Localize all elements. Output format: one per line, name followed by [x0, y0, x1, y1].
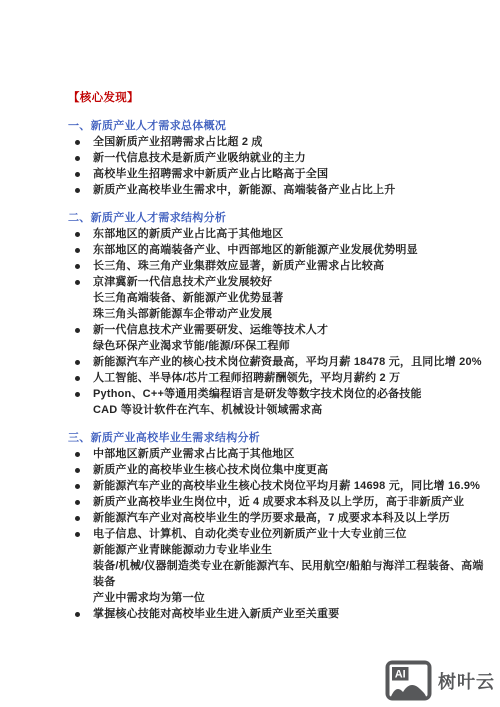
list-item-text: 新质产业高校毕业生需求中，新能源、高端装备产业占比上升	[93, 184, 395, 196]
list-item-text: 新质产业高校毕业生岗位中，近 4 成要求本科及以上学历，高于非新质产业	[93, 496, 464, 508]
list-item-text: 全国新质产业招聘需求占比超 2 成	[93, 136, 263, 148]
list-item-text: 高校毕业生招聘需求中新质产业占比略高于全国	[93, 168, 328, 180]
list-item: 新质产业的高校毕业生核心技术岗位集中度更高	[68, 462, 492, 478]
list-item-continuation: 珠三角头部新能源车企带动产业发展	[68, 306, 492, 322]
bullet-icon	[75, 500, 80, 505]
section: 一、新质产业人才需求总体概况全国新质产业招聘需求占比超 2 成新一代信息技术是新…	[68, 118, 492, 198]
list-item-text: 东部地区的新质产业占比高于其他地区	[93, 228, 283, 240]
ai-image-logo-icon: AI	[385, 660, 432, 701]
list-item: 京津冀新一代信息技术产业发展较好	[68, 274, 492, 290]
list-item-text: 掌握核心技能对高校毕业生进入新质产业至关重要	[93, 608, 339, 620]
list-item: 新一代信息技术产业需要研发、运维等技术人才	[68, 322, 492, 338]
list-item-continuation: 绿色环保产业渴求节能/能源/环保工程师	[68, 338, 492, 354]
brand-name: 树叶云	[438, 668, 495, 694]
section-heading: 一、新质产业人才需求总体概况	[68, 118, 492, 134]
list-item: 东部地区的高端装备产业、中西部地区的新能源产业发展优势明显	[68, 242, 492, 258]
section-heading: 二、新质产业人才需求结构分析	[68, 210, 492, 226]
list-item: 掌握核心技能对高校毕业生进入新质产业至关重要	[68, 606, 492, 622]
bullet-icon	[75, 188, 80, 193]
list-item: 长三角、珠三角产业集群效应显著，新质产业需求占比较高	[68, 258, 492, 274]
list-item: 新一代信息技术是新质产业吸纳就业的主力	[68, 150, 492, 166]
bullet-icon	[75, 452, 80, 457]
bullet-icon	[75, 280, 80, 285]
section: 三、新质产业高校毕业生需求结构分析中部地区新质产业需求占比高于其他地区新质产业的…	[68, 430, 492, 622]
list-item-continuation: CAD 等设计软件在汽车、机械设计领域需求高	[68, 402, 492, 418]
list-item-text: 长三角高端装备、新能源产业优势显著	[93, 292, 283, 304]
bullet-icon	[75, 156, 80, 161]
bullet-icon	[75, 232, 80, 237]
list-item: 人工智能、半导体/芯片工程师招聘薪酬领先，平均月薪约 2 万	[68, 370, 492, 386]
list-item-text: 东部地区的高端装备产业、中西部地区的新能源产业发展优势明显	[93, 244, 418, 256]
bullet-icon	[75, 360, 80, 365]
list-item-text: 珠三角头部新能源车企带动产业发展	[93, 308, 272, 320]
list-item-text: 新能源产业青睐能源动力专业毕业生	[93, 544, 272, 556]
list-item: 新质产业高校毕业生需求中，新能源、高端装备产业占比上升	[68, 182, 492, 198]
bullet-icon	[75, 392, 80, 397]
bullet-icon	[75, 172, 80, 177]
list-item: 新质产业高校毕业生岗位中，近 4 成要求本科及以上学历，高于非新质产业	[68, 494, 492, 510]
list-item-continuation: 长三角高端装备、新能源产业优势显著	[68, 290, 492, 306]
section: 二、新质产业人才需求结构分析东部地区的新质产业占比高于其他地区东部地区的高端装备…	[68, 210, 492, 418]
bullet-icon	[75, 484, 80, 489]
section-heading: 三、新质产业高校毕业生需求结构分析	[68, 430, 492, 446]
list-item-text: 新能源汽车产业对高校毕业生的学历要求最高，7 成要求本科及以上学历	[93, 512, 450, 524]
bullet-icon	[75, 248, 80, 253]
list-item-continuation: 产业中需求均为第一位	[68, 590, 492, 606]
bullet-icon	[75, 612, 80, 617]
list-item: 电子信息、计算机、自动化类专业位列新质产业十大专业前三位	[68, 526, 492, 542]
list-item-text: 中部地区新质产业需求占比高于其他地区	[93, 448, 295, 460]
list-item: 全国新质产业招聘需求占比超 2 成	[68, 134, 492, 150]
list-item-continuation: 装备/机械/仪器制造类专业在新能源汽车、民用航空/船舶与海洋工程装备、高端装备	[68, 558, 492, 590]
bullet-icon	[75, 516, 80, 521]
list-item-text: 新能源汽车产业的核心技术岗位薪资最高，平均月薪 18478 元，且同比增 20%	[93, 356, 482, 368]
list-item-text: 产业中需求均为第一位	[93, 592, 205, 604]
list-item: 新能源汽车产业的核心技术岗位薪资最高，平均月薪 18478 元，且同比增 20%	[68, 354, 492, 370]
list-item: 中部地区新质产业需求占比高于其他地区	[68, 446, 492, 462]
list-item-text: 新能源汽车产业的高校毕业生核心技术岗位平均月薪 14698 元，同比增 16.9…	[93, 480, 480, 492]
list-item-text: Python、C++等通用类编程语言是研发等数字技术岗位的必备技能	[93, 388, 422, 400]
list-item-text: 新质产业的高校毕业生核心技术岗位集中度更高	[93, 464, 328, 476]
sections: 一、新质产业人才需求总体概况全国新质产业招聘需求占比超 2 成新一代信息技术是新…	[68, 118, 492, 622]
list-item-text: 京津冀新一代信息技术产业发展较好	[93, 276, 272, 288]
list-item-text: 电子信息、计算机、自动化类专业位列新质产业十大专业前三位	[93, 528, 407, 540]
list-item-text: 长三角、珠三角产业集群效应显著，新质产业需求占比较高	[93, 260, 384, 272]
bullet-icon	[75, 532, 80, 537]
list-item: 高校毕业生招聘需求中新质产业占比略高于全国	[68, 166, 492, 182]
bullet-icon	[75, 140, 80, 145]
watermark: AI 树叶云	[385, 660, 495, 701]
list-item-text: CAD 等设计软件在汽车、机械设计领域需求高	[93, 404, 322, 416]
list-item-text: 新一代信息技术是新质产业吸纳就业的主力	[93, 152, 306, 164]
list-item-text: 绿色环保产业渴求节能/能源/环保工程师	[93, 340, 290, 352]
page-title: 【核心发现】	[68, 90, 492, 106]
list-item-text: 装备/机械/仪器制造类专业在新能源汽车、民用航空/船舶与海洋工程装备、高端装备	[93, 560, 484, 588]
bullet-icon	[75, 468, 80, 473]
document-body: 【核心发现】 一、新质产业人才需求总体概况全国新质产业招聘需求占比超 2 成新一…	[68, 90, 492, 622]
list-item: 东部地区的新质产业占比高于其他地区	[68, 226, 492, 242]
list-item: Python、C++等通用类编程语言是研发等数字技术岗位的必备技能	[68, 386, 492, 402]
logo-ai-label: AI	[395, 669, 406, 681]
list-item-continuation: 新能源产业青睐能源动力专业毕业生	[68, 542, 492, 558]
list-item: 新能源汽车产业对高校毕业生的学历要求最高，7 成要求本科及以上学历	[68, 510, 492, 526]
list-item: 新能源汽车产业的高校毕业生核心技术岗位平均月薪 14698 元，同比增 16.9…	[68, 478, 492, 494]
bullet-icon	[75, 376, 80, 381]
bullet-icon	[75, 328, 80, 333]
bullet-icon	[75, 264, 80, 269]
list-item-text: 人工智能、半导体/芯片工程师招聘薪酬领先，平均月薪约 2 万	[93, 372, 400, 384]
list-item-text: 新一代信息技术产业需要研发、运维等技术人才	[93, 324, 328, 336]
